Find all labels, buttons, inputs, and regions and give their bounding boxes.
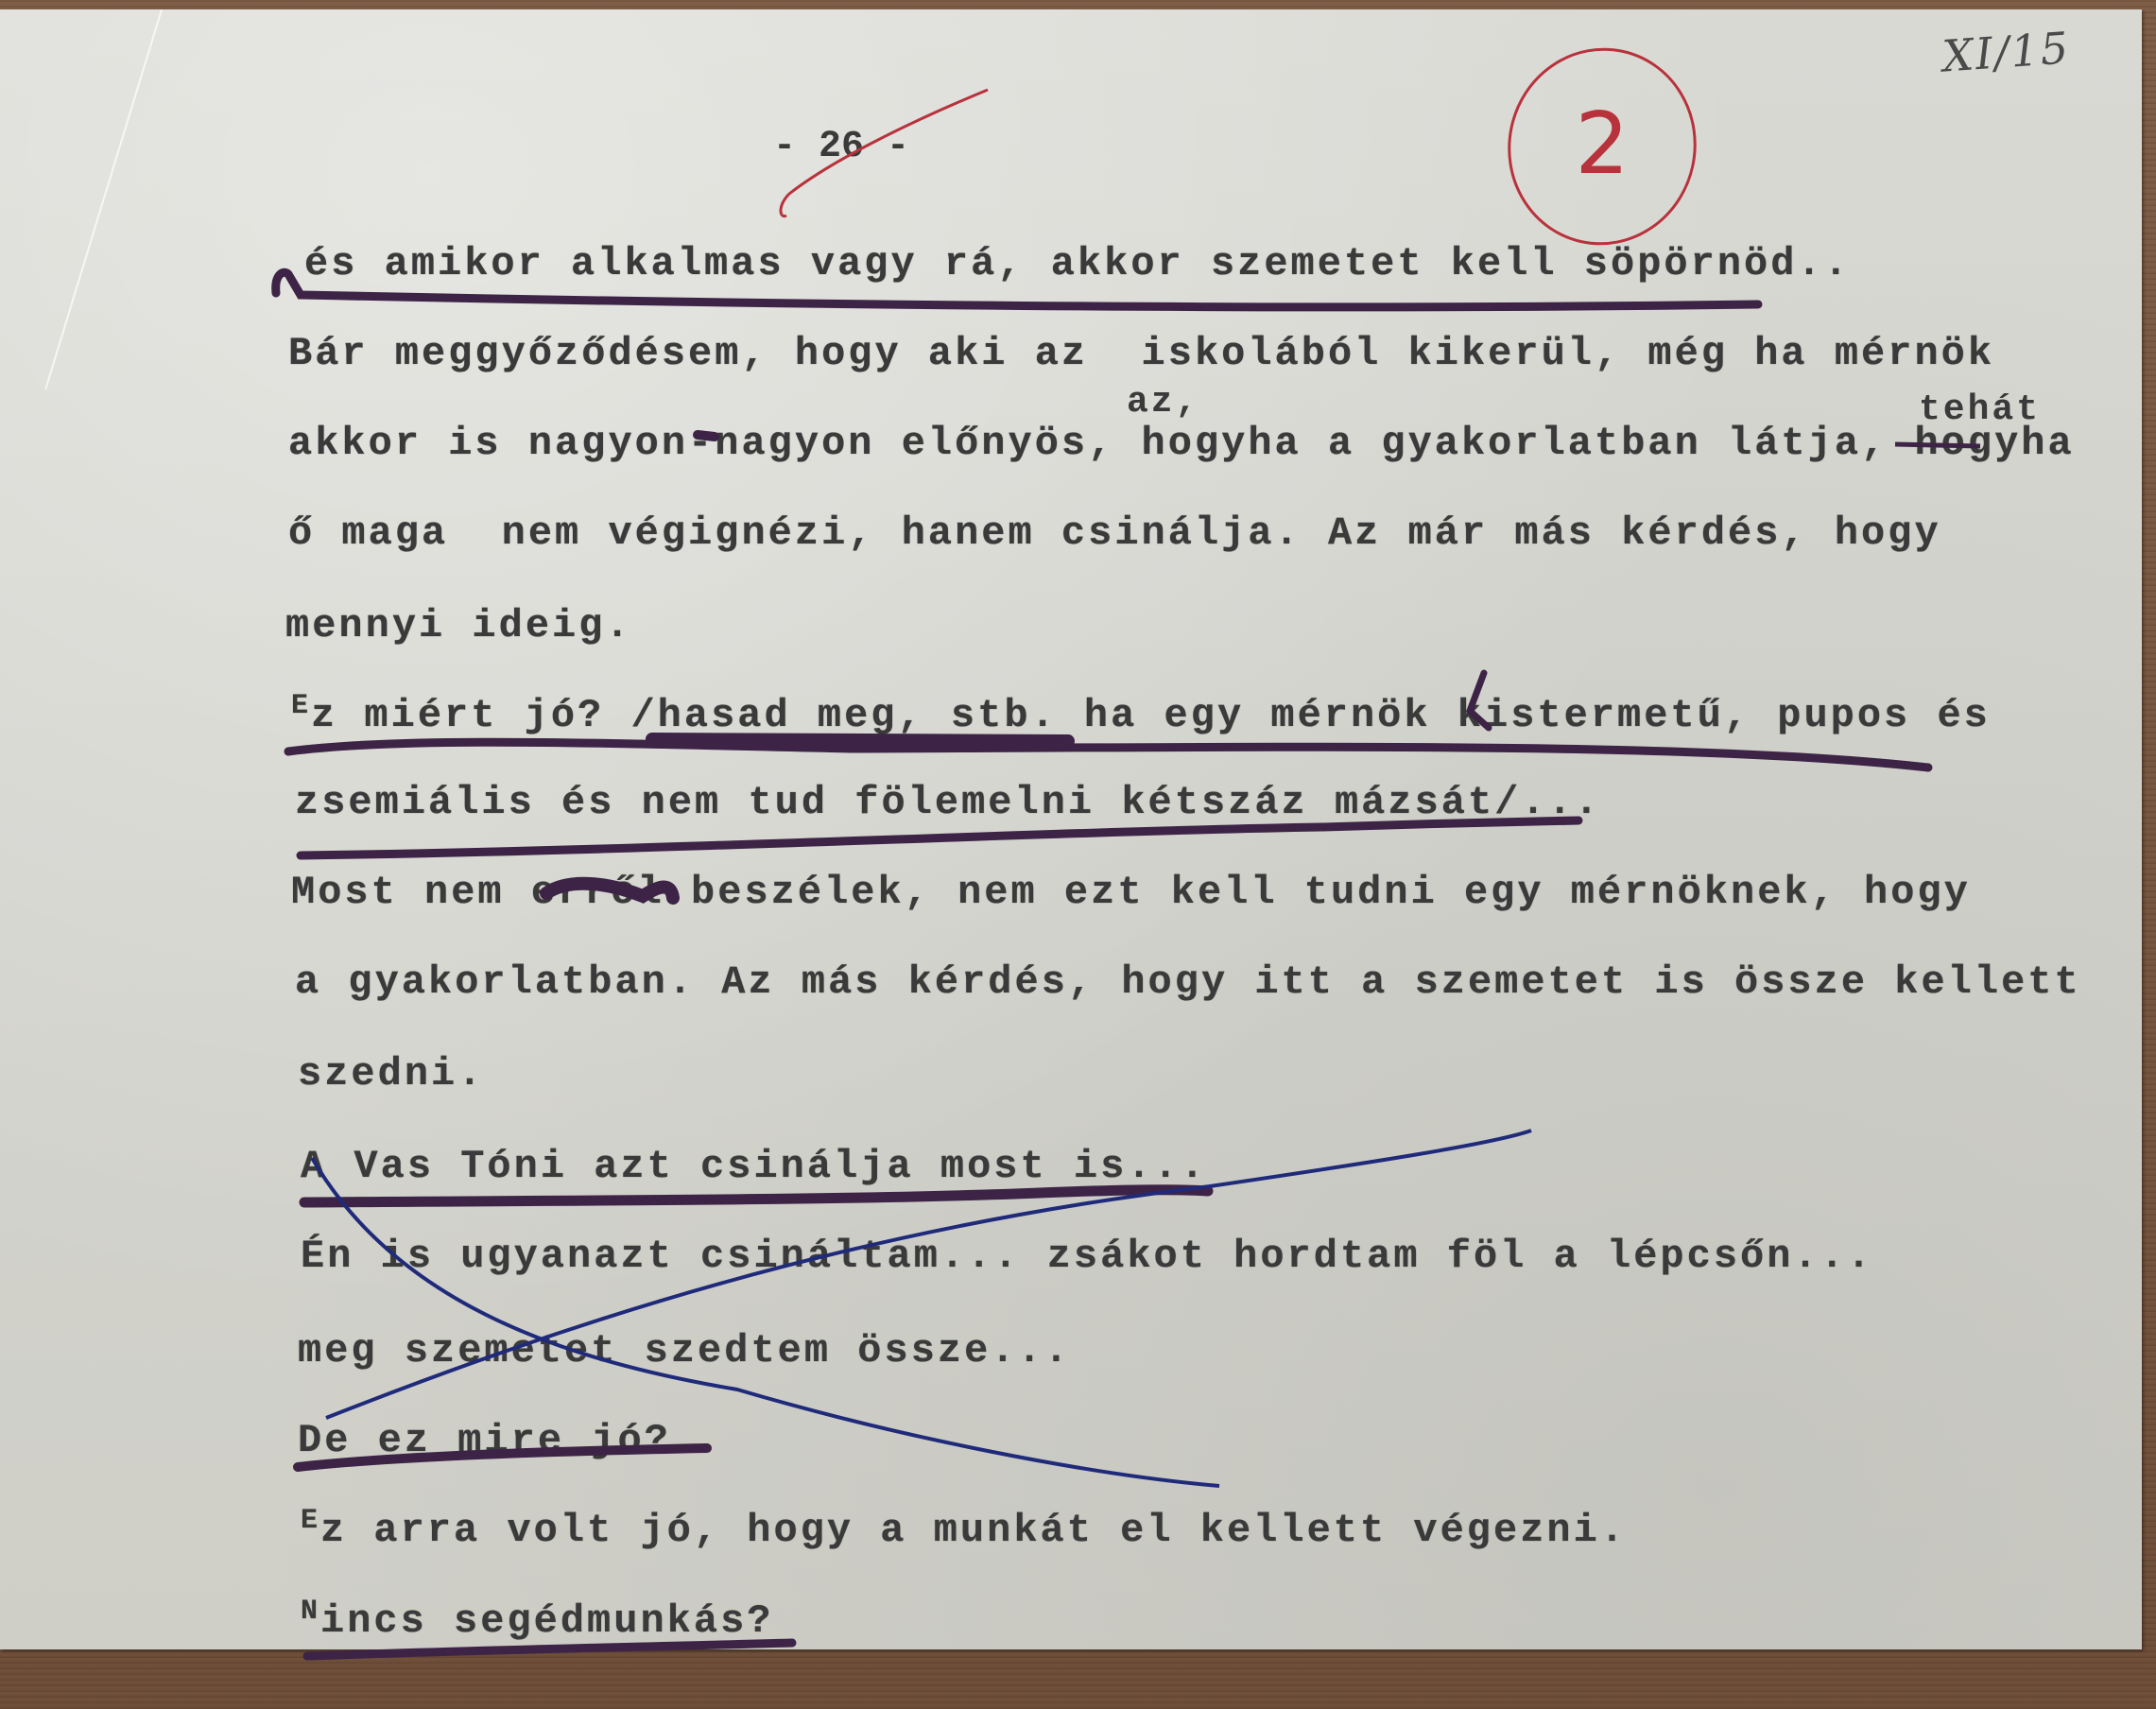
line-15-body: z arra volt jó, hogy a munkát el kellett… <box>320 1508 1627 1553</box>
text-line-8: Most nem erről beszélek, nem ezt kell tu… <box>291 870 1971 915</box>
text-line-9: a gyakorlatban. Az más kérdés, hogy itt … <box>295 959 2081 1005</box>
text-line-3: akkor is nagyon-nagyon előnyös, hogyha a… <box>288 421 2075 466</box>
line-15-lead: E <box>301 1505 320 1537</box>
line-16-body: incs segédmunkás? <box>320 1598 773 1644</box>
text-line-7: zsemiális és nem tud fölemelni kétszáz m… <box>295 780 1601 825</box>
text-line-1: és amikor alkalmas vagy rá, akkor szemet… <box>304 241 1851 286</box>
text-line-13: meg szemetet szedtem össze... <box>298 1328 1071 1373</box>
circled-page-number: 2 <box>1503 47 1701 250</box>
line-16-lead: N <box>301 1596 320 1628</box>
text-line-16: Nincs segédmunkás? <box>301 1596 774 1644</box>
archive-mark: XI/15 <box>1940 22 2071 81</box>
insert-az: az, <box>1127 382 1199 423</box>
text-line-15: Ez arra volt jó, hogy a munkát el kellet… <box>301 1505 1627 1553</box>
text-line-4: ő maga nem végignézi, hanem csinálja. Az… <box>288 510 1941 556</box>
circled-number-text: 2 <box>1503 95 1701 194</box>
text-line-12: Én is ugyanazt csináltam... zsákot hordt… <box>301 1234 1873 1279</box>
line-6-lead: E <box>291 690 311 722</box>
text-line-10: szedni. <box>298 1051 484 1096</box>
page-number: - 26 - <box>773 126 909 168</box>
text-line-2: Bár meggyőződésem, hogy aki az iskolából… <box>288 331 1994 376</box>
text-line-14: De ez mire jó? <box>298 1418 671 1463</box>
line-6-body: z miért jó? /hasad meg, stb. ha egy mérn… <box>311 693 1991 738</box>
text-line-6: Ez miért jó? /hasad meg, stb. ha egy mér… <box>291 690 1991 738</box>
paper-crease <box>44 9 163 389</box>
text-line-5: mennyi ideig. <box>285 603 632 648</box>
text-line-11: A Vas Tóni azt csinálja most is... <box>301 1144 1207 1189</box>
